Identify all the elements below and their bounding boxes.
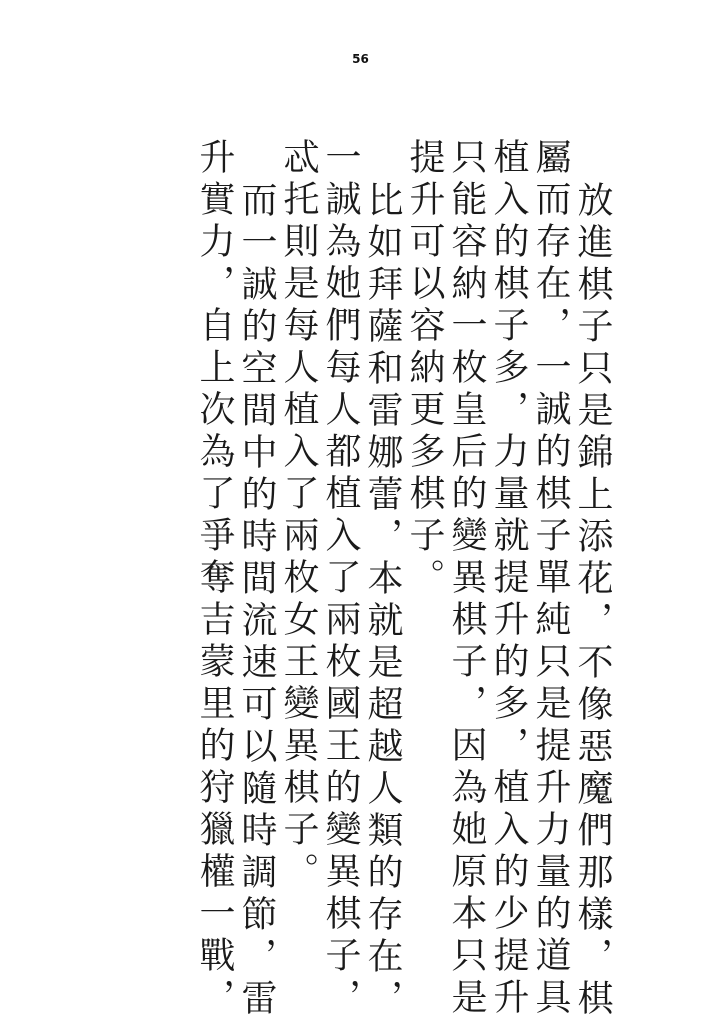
- text-column-10: 升實力，自上次為了爭奪吉蒙里的狩獵權一戰，由於平時要繼續屠殺吉蒙: [193, 138, 235, 968]
- text-column-3: 植入的棋子多，力量就提升的多，植入的少提升的就少，桐生現在的身體: [487, 138, 529, 968]
- text-column-8: 忒托則是每人植入了兩枚女王變異棋子。: [277, 138, 319, 968]
- text-column-9: 而一誠的空間中的時間流速可以隨時調節，雷娜蕾她們就在空間中提: [235, 138, 277, 968]
- vertical-text-body: 放進棋子只是錦上添花，不像惡魔們那樣，棋子是為了轉生成惡魔眷 屬而存在，一誠的棋…: [193, 138, 613, 968]
- text-column-2: 屬而存在，一誠的棋子單純只是提升力量的道具，多放或少放都無所謂，: [529, 138, 571, 968]
- text-column-7: 一誠為她們每人都植入了兩枚國王的變異棋子，而弱一些的卡拉瓦那與米: [319, 138, 361, 968]
- text-column-5: 提升可以容納更多棋子。: [403, 138, 445, 968]
- text-column-4: 只能容納一枚皇后的變異棋子，因為她原本只是普通人類，但隨著力量的: [445, 138, 487, 968]
- text-column-6: 比如拜薩和雷娜蕾，本就是超越人類的存在，在獲得一誠的力量後，: [361, 138, 403, 968]
- page-number: 56: [0, 52, 721, 66]
- text-column-1: 放進棋子只是錦上添花，不像惡魔們那樣，棋子是為了轉生成惡魔眷: [571, 138, 613, 968]
